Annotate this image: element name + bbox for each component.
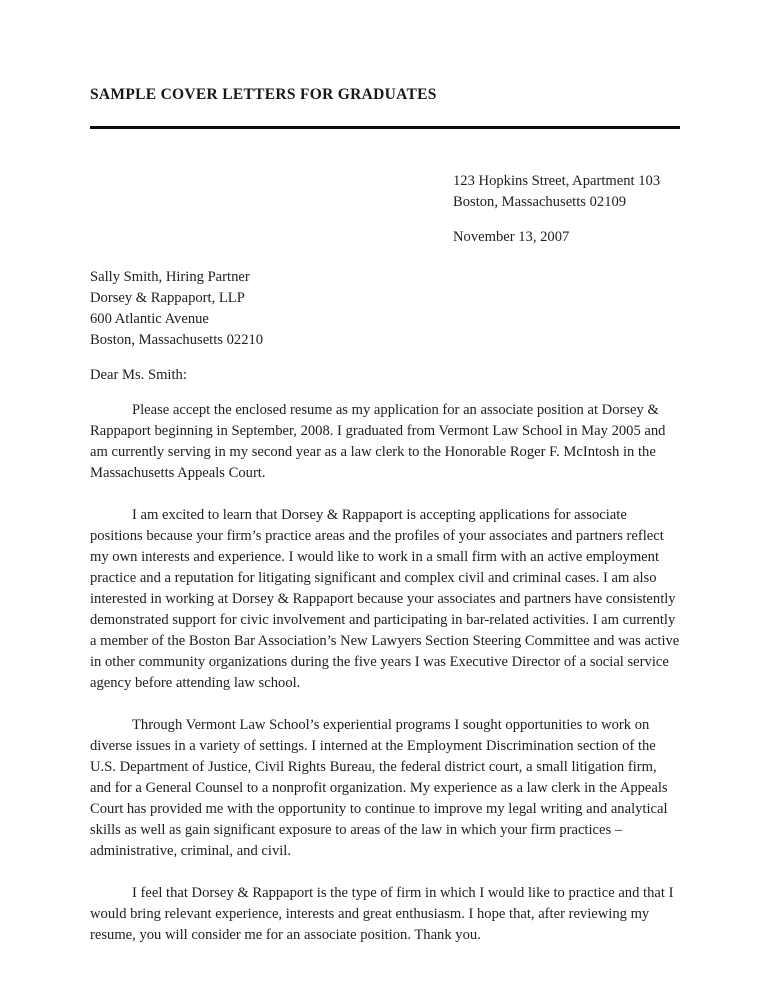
recipient-line: 600 Atlantic Avenue — [90, 309, 680, 330]
cover-letter: 123 Hopkins Street, Apartment 103 Boston… — [90, 171, 680, 946]
recipient-line: Sally Smith, Hiring Partner — [90, 267, 680, 288]
salutation: Dear Ms. Smith: — [90, 365, 680, 386]
letter-paragraph: Please accept the enclosed resume as my … — [90, 400, 680, 484]
letter-paragraph: I feel that Dorsey & Rappaport is the ty… — [90, 883, 680, 946]
document-page: SAMPLE COVER LETTERS FOR GRADUATES 123 H… — [0, 0, 768, 994]
page-title: SAMPLE COVER LETTERS FOR GRADUATES — [90, 86, 680, 104]
sender-address-block: 123 Hopkins Street, Apartment 103 Boston… — [453, 171, 680, 213]
letter-paragraph: I am excited to learn that Dorsey & Rapp… — [90, 505, 680, 694]
recipient-line: Dorsey & Rappaport, LLP — [90, 288, 680, 309]
title-divider — [90, 126, 680, 129]
letter-paragraph: Through Vermont Law School’s experientia… — [90, 715, 680, 862]
letter-date: November 13, 2007 — [453, 227, 680, 248]
sender-address-line: Boston, Massachusetts 02109 — [453, 192, 680, 213]
recipient-line: Boston, Massachusetts 02210 — [90, 330, 680, 351]
recipient-address-block: Sally Smith, Hiring Partner Dorsey & Rap… — [90, 267, 680, 351]
sender-address-line: 123 Hopkins Street, Apartment 103 — [453, 171, 680, 192]
